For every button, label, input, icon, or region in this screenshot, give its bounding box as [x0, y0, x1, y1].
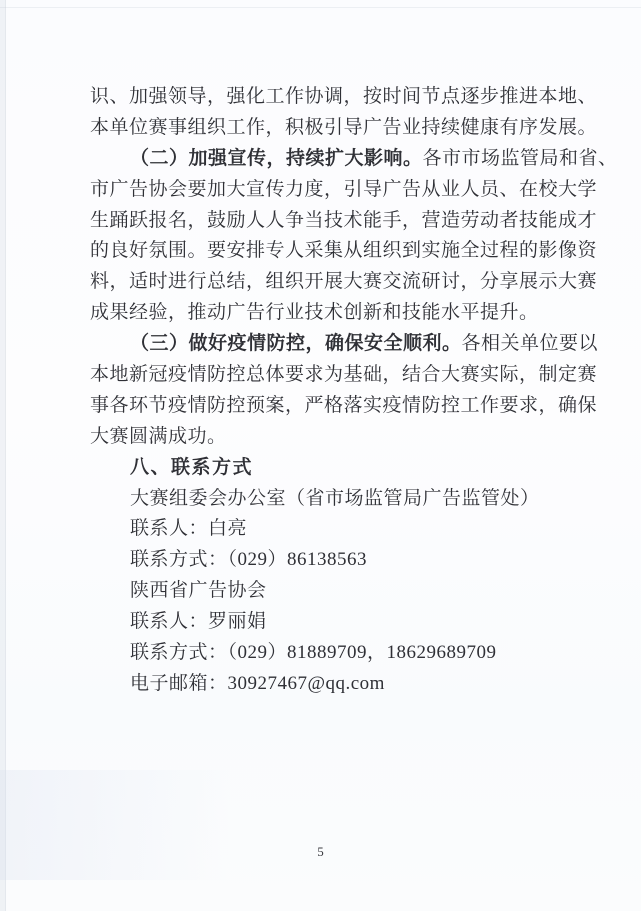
line-text: 陕西省广告协会 — [130, 580, 267, 601]
line-text: 各相关单位要以 — [462, 333, 599, 354]
line-text: 事各环节疫情防控预案，严格落实疫情防控工作要求，确保 — [90, 395, 597, 416]
line-text: 本地新冠疫情防控总体要求为基础，结合大赛实际，制定赛 — [90, 364, 597, 385]
body-line: 本单位赛事组织工作，积极引导广告业持续健康有序发展。 — [90, 113, 556, 144]
scan-shade-bottom-left — [0, 770, 230, 880]
body-line: 大赛圆满成功。 — [90, 422, 556, 453]
paragraph-lead: （三）做好疫情防控，确保安全顺利。 — [130, 333, 462, 354]
paragraph-start-line: （三）做好疫情防控，确保安全顺利。各相关单位要以 — [90, 329, 556, 360]
paragraph-lead: （二）加强宣传，持续扩大影响。 — [130, 148, 423, 169]
line-text: 识、加强领导，强化工作协调，按时间节点逐步推进本地、 — [90, 86, 597, 107]
contact-line: 大赛组委会办公室（省市场监管局广告监管处） — [90, 484, 556, 515]
contact-line: 联系方式：（029）81889709，18629689709 — [90, 638, 556, 669]
line-text: 联系人：白亮 — [130, 518, 247, 539]
line-text: 生踊跃报名，鼓励人人争当技术能手，营造劳动者技能成才 — [90, 210, 597, 231]
line-text: 联系方式：（029）86138563 — [130, 549, 367, 570]
section-heading-text: 八、联系方式 — [130, 457, 253, 478]
body-line: 识、加强领导，强化工作协调，按时间节点逐步推进本地、 — [90, 82, 556, 113]
line-text: 联系人：罗丽娟 — [130, 611, 267, 632]
body-line: 的良好氛围。要安排专人采集从组织到实施全过程的影像资 — [90, 236, 556, 267]
scan-edge-top — [0, 7, 641, 8]
document-body: 识、加强领导，强化工作协调，按时间节点逐步推进本地、 本单位赛事组织工作，积极引… — [90, 82, 556, 700]
page-number: 5 — [0, 844, 641, 860]
contact-line: 电子邮箱：30927467@qq.com — [90, 669, 556, 700]
body-line: 本地新冠疫情防控总体要求为基础，结合大赛实际，制定赛 — [90, 360, 556, 391]
contact-line: 联系人：罗丽娟 — [90, 607, 556, 638]
line-text: 大赛组委会办公室（省市场监管局广告监管处） — [130, 488, 540, 509]
section-heading: 八、联系方式 — [90, 453, 556, 484]
contact-line: 联系人：白亮 — [90, 514, 556, 545]
scanned-document-page: 识、加强领导，强化工作协调，按时间节点逐步推进本地、 本单位赛事组织工作，积极引… — [0, 0, 641, 911]
line-text: 各市市场监管局和省、 — [423, 148, 618, 169]
line-text: 的良好氛围。要安排专人采集从组织到实施全过程的影像资 — [90, 240, 597, 261]
line-text: 料，适时进行总结，组织开展大赛交流研讨，分享展示大赛 — [90, 271, 597, 292]
body-line: 市广告协会要加大宣传力度，引导广告从业人员、在校大学 — [90, 175, 556, 206]
line-text: 联系方式：（029）81889709，18629689709 — [130, 642, 497, 663]
body-line: 事各环节疫情防控预案，严格落实疫情防控工作要求，确保 — [90, 391, 556, 422]
contact-line: 陕西省广告协会 — [90, 576, 556, 607]
line-text: 本单位赛事组织工作，积极引导广告业持续健康有序发展。 — [90, 117, 597, 138]
line-text: 成果经验，推动广告行业技术创新和技能水平提升。 — [90, 302, 539, 323]
contact-line: 联系方式：（029）86138563 — [90, 545, 556, 576]
body-line: 生踊跃报名，鼓励人人争当技术能手，营造劳动者技能成才 — [90, 206, 556, 237]
line-text: 大赛圆满成功。 — [90, 426, 227, 447]
line-text: 市广告协会要加大宣传力度，引导广告从业人员、在校大学 — [90, 179, 597, 200]
line-text: 电子邮箱：30927467@qq.com — [130, 673, 385, 694]
body-line: 料，适时进行总结，组织开展大赛交流研讨，分享展示大赛 — [90, 267, 556, 298]
paragraph-start-line: （二）加强宣传，持续扩大影响。各市市场监管局和省、 — [90, 144, 556, 175]
body-line: 成果经验，推动广告行业技术创新和技能水平提升。 — [90, 298, 556, 329]
